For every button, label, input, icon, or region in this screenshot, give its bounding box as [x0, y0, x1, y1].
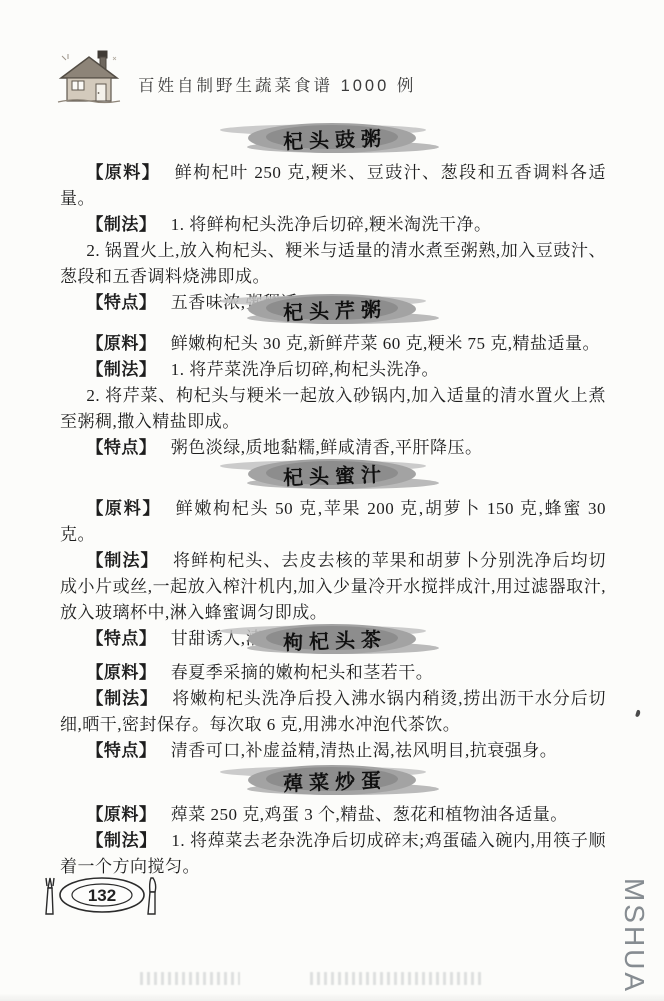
- paragraph-text: 1. 将芹菜洗净后切碎,枸杞头洗净。: [171, 360, 439, 379]
- method-label: 【制法】: [86, 551, 158, 570]
- fork-icon: [46, 878, 54, 914]
- paragraph-text: 2. 将芹菜、枸杞头与粳米一起放入砂锅内,加入适量的清水置火上煮至粥稠,撒入精盐…: [60, 386, 606, 431]
- recipe-banner-hancaichaodan: 蔊菜炒蛋: [0, 758, 664, 802]
- scan-artifact: [140, 972, 240, 985]
- method-paragraph: 【制法】1. 将鲜枸杞头洗净后切碎,粳米淘洗干净。: [60, 212, 606, 238]
- method-step-paragraph: 2. 锅置火上,放入枸杞头、粳米与适量的清水煮至粥熟,加入豆豉汁、葱段和五香调料…: [60, 238, 606, 290]
- watermark: MSHUA: [618, 874, 650, 998]
- paragraph-text: 蔊菜 250 克,鸡蛋 3 个,精盐、葱花和植物油各适量。: [171, 805, 568, 824]
- ingredients-paragraph: 【原料】蔊菜 250 克,鸡蛋 3 个,精盐、葱花和植物油各适量。: [60, 802, 606, 828]
- recipe-body: 【原料】鲜嫩枸杞头 30 克,新鲜芹菜 60 克,粳米 75 克,精盐适量。 【…: [60, 331, 606, 461]
- method-step-paragraph: 2. 将芹菜、枸杞头与粳米一起放入砂锅内,加入适量的清水置火上煮至粥稠,撒入精盐…: [60, 383, 606, 435]
- house-icon: [56, 50, 122, 104]
- paragraph-text: 春夏季采摘的嫩枸杞头和茎若干。: [171, 663, 434, 682]
- recipe-title: 枸杞头茶: [277, 623, 388, 656]
- plate-oval: 132: [60, 878, 144, 912]
- recipe-body: 【原料】春夏季采摘的嫩枸杞头和茎若干。 【制法】将嫩枸杞头洗净后投入沸水锅内稍烫…: [60, 660, 606, 764]
- ingredients-label: 【原料】: [86, 163, 160, 182]
- method-label: 【制法】: [86, 360, 156, 379]
- ingredients-paragraph: 【原料】鲜嫩枸杞头 50 克,苹果 200 克,胡萝卜 150 克,蜂蜜 30 …: [60, 496, 606, 548]
- recipe-title: 杞头芹粥: [277, 293, 388, 326]
- recipe-banner-qitouchizhou: 杞头豉粥: [0, 116, 664, 160]
- scanned-book-page: 百姓自制野生蔬菜食谱 1000 例 杞头豉粥 【原料】鲜枸杞叶 250 克,粳米…: [0, 0, 664, 1001]
- method-paragraph: 【制法】将嫩枸杞头洗净后投入沸水锅内稍烫,捞出沥干水分后切细,晒干,密封保存。每…: [60, 686, 606, 738]
- method-label: 【制法】: [86, 831, 157, 850]
- page-number: 132: [88, 886, 116, 905]
- page-header: 百姓自制野生蔬菜食谱 1000 例: [56, 50, 416, 104]
- ingredients-label: 【原料】: [86, 334, 156, 353]
- method-label: 【制法】: [86, 215, 156, 234]
- recipe-title: 杞头豉粥: [277, 122, 388, 155]
- ingredients-paragraph: 【原料】春夏季采摘的嫩枸杞头和茎若干。: [60, 660, 606, 686]
- recipe-banner-qitoumizhi: 杞头蜜汁: [0, 452, 664, 496]
- book-title: 百姓自制野生蔬菜食谱 1000 例: [138, 72, 416, 104]
- recipe-banner-gouqitoucha: 枸杞头茶: [0, 617, 664, 661]
- recipe-title: 蔊菜炒蛋: [277, 764, 388, 797]
- page-edge-shade: [0, 993, 664, 1001]
- paragraph-text: 鲜嫩枸杞头 30 克,新鲜芹菜 60 克,粳米 75 克,精盐适量。: [171, 334, 600, 353]
- knife-icon: [148, 878, 156, 914]
- ingredients-label: 【原料】: [86, 663, 156, 682]
- method-paragraph: 【制法】1. 将芹菜洗净后切碎,枸杞头洗净。: [60, 357, 606, 383]
- recipe-banner-qitouqinzhou: 杞头芹粥: [0, 287, 664, 331]
- page-number-badge: 132: [36, 874, 168, 920]
- recipe-title: 杞头蜜汁: [277, 458, 388, 491]
- ingredients-label: 【原料】: [86, 499, 161, 518]
- ingredients-label: 【原料】: [86, 805, 156, 824]
- recipe-body: 【原料】蔊菜 250 克,鸡蛋 3 个,精盐、葱花和植物油各适量。 【制法】1.…: [60, 802, 606, 880]
- paragraph-text: 1. 将鲜枸杞头洗净后切碎,粳米淘洗干净。: [171, 215, 492, 234]
- ingredients-paragraph: 【原料】鲜枸杞叶 250 克,粳米、豆豉汁、葱段和五香调料各适量。: [60, 160, 606, 212]
- method-paragraph: 【制法】1. 将蔊菜去老杂洗净后切成碎末;鸡蛋磕入碗内,用筷子顺着一个方向搅匀。: [60, 828, 606, 880]
- method-label: 【制法】: [86, 689, 158, 708]
- ingredients-paragraph: 【原料】鲜嫩枸杞头 30 克,新鲜芹菜 60 克,粳米 75 克,精盐适量。: [60, 331, 606, 357]
- paragraph-text: 2. 锅置火上,放入枸杞头、粳米与适量的清水煮至粥熟,加入豆豉汁、葱段和五香调料…: [60, 241, 606, 286]
- method-paragraph: 【制法】将鲜枸杞头、去皮去核的苹果和胡萝卜分别洗净后均切成小片或丝,一起放入榨汁…: [60, 548, 606, 626]
- ink-speck: [635, 710, 641, 718]
- scan-artifact: [310, 972, 485, 985]
